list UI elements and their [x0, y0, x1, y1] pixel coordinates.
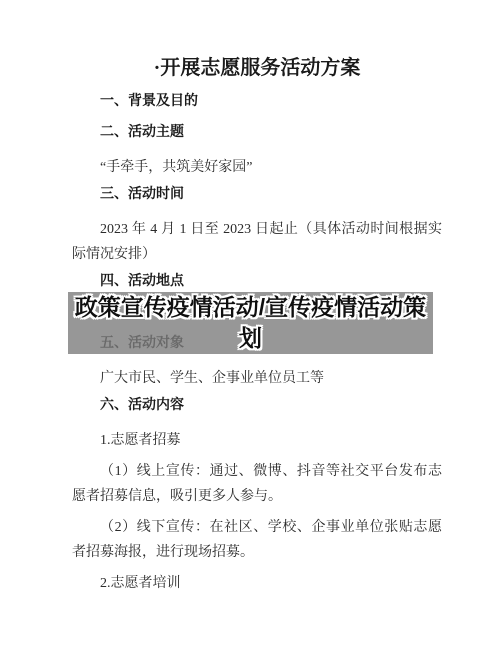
- list-item-volunteer-recruit: 1.志愿者招募: [72, 428, 442, 453]
- document-page: ·开展志愿服务活动方案 一、背景及目的 二、活动主题 “手牵手，共筑美好家园” …: [0, 0, 500, 647]
- heading-activity-location: 四、活动地点: [72, 273, 442, 291]
- heading-activity-content: 六、活动内容: [72, 397, 442, 415]
- offline-promo-text: （2）线下宣传：在社区、学校、企事业单位张贴志愿者招募海报，进行现场招募。: [72, 515, 442, 565]
- watermark-title: 政策宣传疫情活动/宣传疫情活动策划: [68, 292, 433, 354]
- document-title: ·开展志愿服务活动方案: [72, 55, 442, 81]
- online-promo-text: （1）线上宣传：通过、微博、抖音等社交平台发布志愿者招募信息，吸引更多人参与。: [72, 459, 442, 509]
- heading-activity-theme: 二、活动主题: [72, 124, 442, 142]
- list-item-volunteer-training: 2.志愿者培训: [72, 571, 442, 596]
- audience-text: 广大市民、学生、企事业单位员工等: [72, 366, 442, 391]
- heading-background-purpose: 一、背景及目的: [72, 93, 442, 111]
- theme-text: “手牵手，共筑美好家园”: [72, 155, 442, 180]
- time-text: 2023 年 4 月 1 日至 2023 日起止（具体活动时间根据实际情况安排）: [72, 217, 442, 267]
- watermark-banner: 政策宣传疫情活动/宣传疫情活动策划: [68, 292, 433, 354]
- heading-activity-time: 三、活动时间: [72, 186, 442, 204]
